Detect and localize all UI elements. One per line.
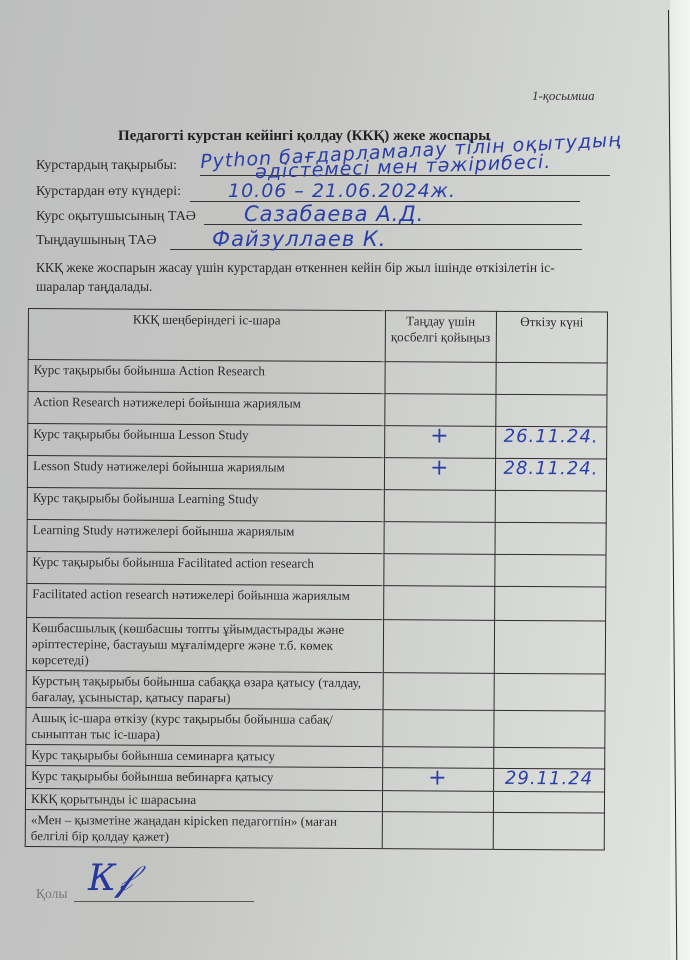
- table-row: Курс тақырыбы бойынша Learning Study: [27, 487, 606, 523]
- date-cell[interactable]: [495, 490, 606, 523]
- date-cell[interactable]: 26.11.24.: [495, 426, 606, 459]
- appendix-label: 1-қосымша: [532, 88, 595, 104]
- activity-cell: Ашық іс-шара өткізу (курс тақырыбы бойын…: [26, 707, 383, 746]
- activity-cell: Facilitated action research нәтижелері б…: [27, 583, 384, 619]
- date-cell[interactable]: [494, 620, 606, 674]
- date-cell[interactable]: [494, 586, 605, 621]
- date-cell[interactable]: [496, 394, 607, 427]
- handwritten-signature: К𝒻: [88, 858, 132, 900]
- select-mark-cell[interactable]: +: [384, 458, 495, 491]
- date-value: 29.11.24: [505, 768, 593, 790]
- checkmark-plus: +: [428, 765, 448, 790]
- date-cell[interactable]: 29.11.24: [493, 768, 604, 792]
- table-row: Learning Study нәтижелері бойынша жариял…: [27, 519, 606, 555]
- select-mark-cell[interactable]: +: [384, 426, 495, 459]
- activity-cell: Курс тақырыбы бойынша вебинарға қатысу: [26, 765, 383, 790]
- date-cell[interactable]: 28.11.24.: [495, 458, 606, 491]
- select-mark-cell[interactable]: [382, 791, 493, 813]
- table-row: Курс тақырыбы бойынша Action Research: [28, 360, 607, 396]
- table-row: Lesson Study нәтижелері бойынша жариялым…: [27, 456, 606, 492]
- select-mark-cell[interactable]: [383, 620, 495, 674]
- table-row: Курс тақырыбы бойынша Lesson Study+26.11…: [28, 424, 607, 460]
- header-activity: ККҚ шеңберіндегі іс-шара: [28, 309, 385, 362]
- activity-cell: Lesson Study нәтижелері бойынша жариялым: [27, 456, 384, 490]
- activity-cell: Learning Study нәтижелері бойынша жариял…: [27, 519, 384, 553]
- instruction-note: ККҚ жеке жоспарын жасау үшін курстардан …: [36, 258, 596, 296]
- listener-label: Тыңдаушының ТАӘ: [36, 233, 157, 249]
- table-row: Курстың тақырыбы бойынша сабаққа өзара қ…: [26, 670, 605, 711]
- activity-cell: Курс тақырыбы бойынша Learning Study: [27, 487, 384, 521]
- date-cell[interactable]: [493, 812, 604, 850]
- date-cell[interactable]: [493, 747, 604, 769]
- instructor-value: Сазабаева А.Д.: [244, 202, 424, 226]
- table-row: Action Research нәтижелері бойынша жария…: [28, 392, 607, 428]
- activity-plan-table: ККҚ шеңберіндегі іс-шара Таңдау үшін қос…: [25, 308, 608, 851]
- date-value: 26.11.24.: [504, 426, 599, 448]
- activity-cell: Курс тақырыбы бойынша Action Research: [28, 360, 385, 394]
- table-row: Facilitated action research нәтижелері б…: [27, 583, 606, 621]
- table-row: Курс тақырыбы бойынша Facilitated action…: [27, 551, 606, 587]
- activity-cell: Курс тақырыбы бойынша семинарға қатысу: [26, 744, 383, 767]
- signature-line: [74, 901, 254, 902]
- select-mark-cell[interactable]: [383, 586, 494, 621]
- select-mark-cell[interactable]: +: [382, 768, 493, 792]
- activity-cell: «Мен – қызметіне жаңадан кірісken педаго…: [25, 809, 382, 848]
- table-row: «Мен – қызметіне жаңадан кірісken педаго…: [25, 809, 604, 850]
- activity-cell: Курс тақырыбы бойынша Facilitated action…: [27, 551, 384, 585]
- course-topic-label: Курстардың тақырыбы:: [36, 158, 177, 174]
- select-mark-cell[interactable]: [383, 554, 494, 587]
- select-mark-cell[interactable]: [383, 673, 494, 711]
- activity-cell: ККҚ қорытынды іс шарасына: [25, 788, 382, 811]
- table-row: Көшбасшылық (көшбасшы топты ұйымдастырад…: [26, 617, 605, 674]
- select-mark-cell[interactable]: [384, 522, 495, 555]
- date-value: 28.11.24.: [503, 458, 598, 480]
- listener-value: Файзуллаев К.: [212, 227, 386, 251]
- date-cell[interactable]: [495, 554, 606, 587]
- select-mark-cell[interactable]: [382, 812, 493, 850]
- table-header-row: ККҚ шеңберіндегі іс-шара Таңдау үшін қос…: [28, 309, 607, 364]
- date-cell[interactable]: [494, 710, 605, 748]
- signature-label: Қолы: [36, 886, 67, 902]
- activity-cell: Курс тақырыбы бойынша Lesson Study: [28, 424, 385, 458]
- select-mark-cell[interactable]: [385, 362, 496, 395]
- header-select-mark: Таңдау үшін қосбелгі қойыңыз: [385, 311, 496, 363]
- date-cell[interactable]: [496, 362, 607, 395]
- select-mark-cell[interactable]: [384, 490, 495, 523]
- header-date: Өткізу күні: [496, 311, 608, 363]
- course-dates-label: Курстардан өту күндері:: [36, 184, 181, 200]
- date-cell[interactable]: [493, 791, 604, 813]
- activity-cell: Курстың тақырыбы бойынша сабаққа өзара қ…: [26, 670, 383, 709]
- select-mark-cell[interactable]: [382, 710, 493, 748]
- course-dates-value: 10.06 – 21.06.2024ж.: [228, 180, 456, 202]
- table-row: Ашық іс-шара өткізу (курс тақырыбы бойын…: [26, 707, 605, 748]
- checkmark-plus: +: [430, 455, 450, 480]
- activity-cell: Көшбасшылық (көшбасшы топты ұйымдастырад…: [26, 617, 383, 672]
- date-cell[interactable]: [495, 522, 606, 555]
- instructor-label: Курс оқытушысының ТАӘ: [36, 209, 196, 225]
- checkmark-plus: +: [430, 423, 450, 448]
- select-mark-cell[interactable]: [384, 394, 495, 427]
- date-cell[interactable]: [494, 673, 605, 711]
- activity-cell: Action Research нәтижелері бойынша жария…: [28, 392, 385, 426]
